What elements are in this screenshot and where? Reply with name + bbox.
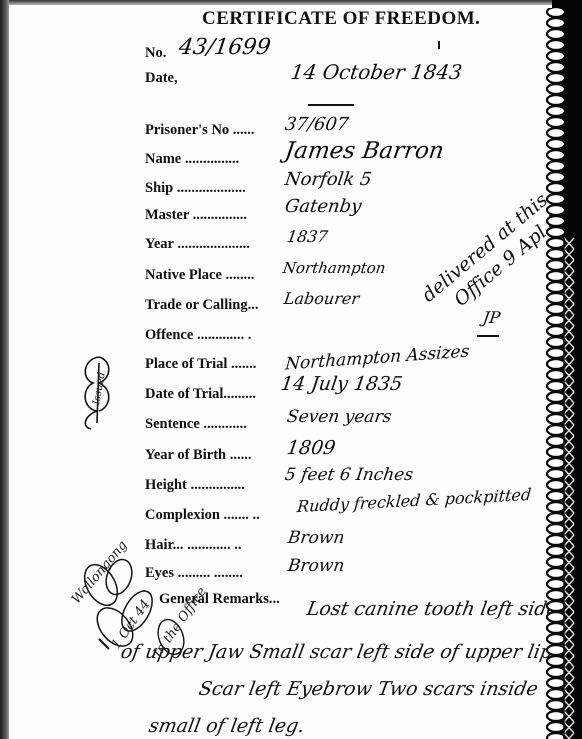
value-date-of-trial: 14 July 1835 xyxy=(279,373,403,395)
value-place-of-trial: Northampton Assizes xyxy=(285,341,470,374)
certificate-number: 43/1699 xyxy=(177,35,272,60)
value-master: Gatenby xyxy=(284,196,363,217)
field-trade: Trade or Calling... xyxy=(145,297,258,314)
field-master: Master ............... xyxy=(145,207,247,224)
date-label: Date, xyxy=(145,70,178,87)
initials-underline xyxy=(477,335,499,337)
field-sentence: Sentence ............ xyxy=(145,416,247,433)
date-underline xyxy=(308,104,354,106)
certificate-date: 14 October 1843 xyxy=(289,60,463,84)
value-trade: Labourer xyxy=(283,289,361,308)
delivered-initials: JP xyxy=(482,308,502,327)
ink-mark xyxy=(438,41,440,49)
value-year: 1837 xyxy=(286,227,329,246)
value-year-of-birth: 1809 xyxy=(285,437,336,459)
value-name: James Barron xyxy=(283,138,445,164)
field-native-place: Native Place ........ xyxy=(145,267,255,284)
field-hair: Hair... ............ .. xyxy=(145,537,242,554)
value-eyes: Brown xyxy=(287,556,346,576)
office-stamp-flourish xyxy=(59,553,199,663)
value-ship: Norfolk 5 xyxy=(284,169,373,190)
value-complexion: Ruddy freckled & pockpitted xyxy=(296,485,532,516)
number-label: No. xyxy=(145,45,166,62)
value-prisoner-no: 37/607 xyxy=(284,114,350,135)
value-sentence: Seven years xyxy=(286,407,393,427)
field-height: Height ............... xyxy=(145,477,245,494)
value-native-place: Northampton xyxy=(282,259,387,277)
spiral-binding xyxy=(546,8,576,739)
value-hair: Brown xyxy=(287,528,346,548)
certificate-title: CERTIFICATE OF FREEDOM. xyxy=(202,8,480,30)
field-year: Year .................... xyxy=(145,236,250,253)
field-complexion: Complexion ....... .. xyxy=(145,507,260,524)
remarks-line-1: Lost canine tooth left side xyxy=(305,598,560,620)
field-name: Name ............... xyxy=(145,151,239,168)
field-ship: Ship ................... xyxy=(145,180,246,197)
certificate-page: CERTIFICATE OF FREEDOM. No. 43/1699 Date… xyxy=(9,5,536,739)
remarks-line-4: small of left leg. xyxy=(147,715,306,737)
field-date-of-trial: Date of Trial......... xyxy=(145,386,256,403)
remarks-line-3: Scar left Eyebrow Two scars inside xyxy=(197,678,540,700)
scan-left-edge xyxy=(0,0,9,739)
field-prisoner-no: Prisoner's No ...... xyxy=(145,122,255,139)
value-height: 5 feet 6 Inches xyxy=(284,465,415,485)
field-place-of-trial: Place of Trial ....... xyxy=(145,356,256,373)
field-year-of-birth: Year of Birth ...... xyxy=(145,447,251,464)
field-offence: Offence ............. . xyxy=(145,327,251,344)
